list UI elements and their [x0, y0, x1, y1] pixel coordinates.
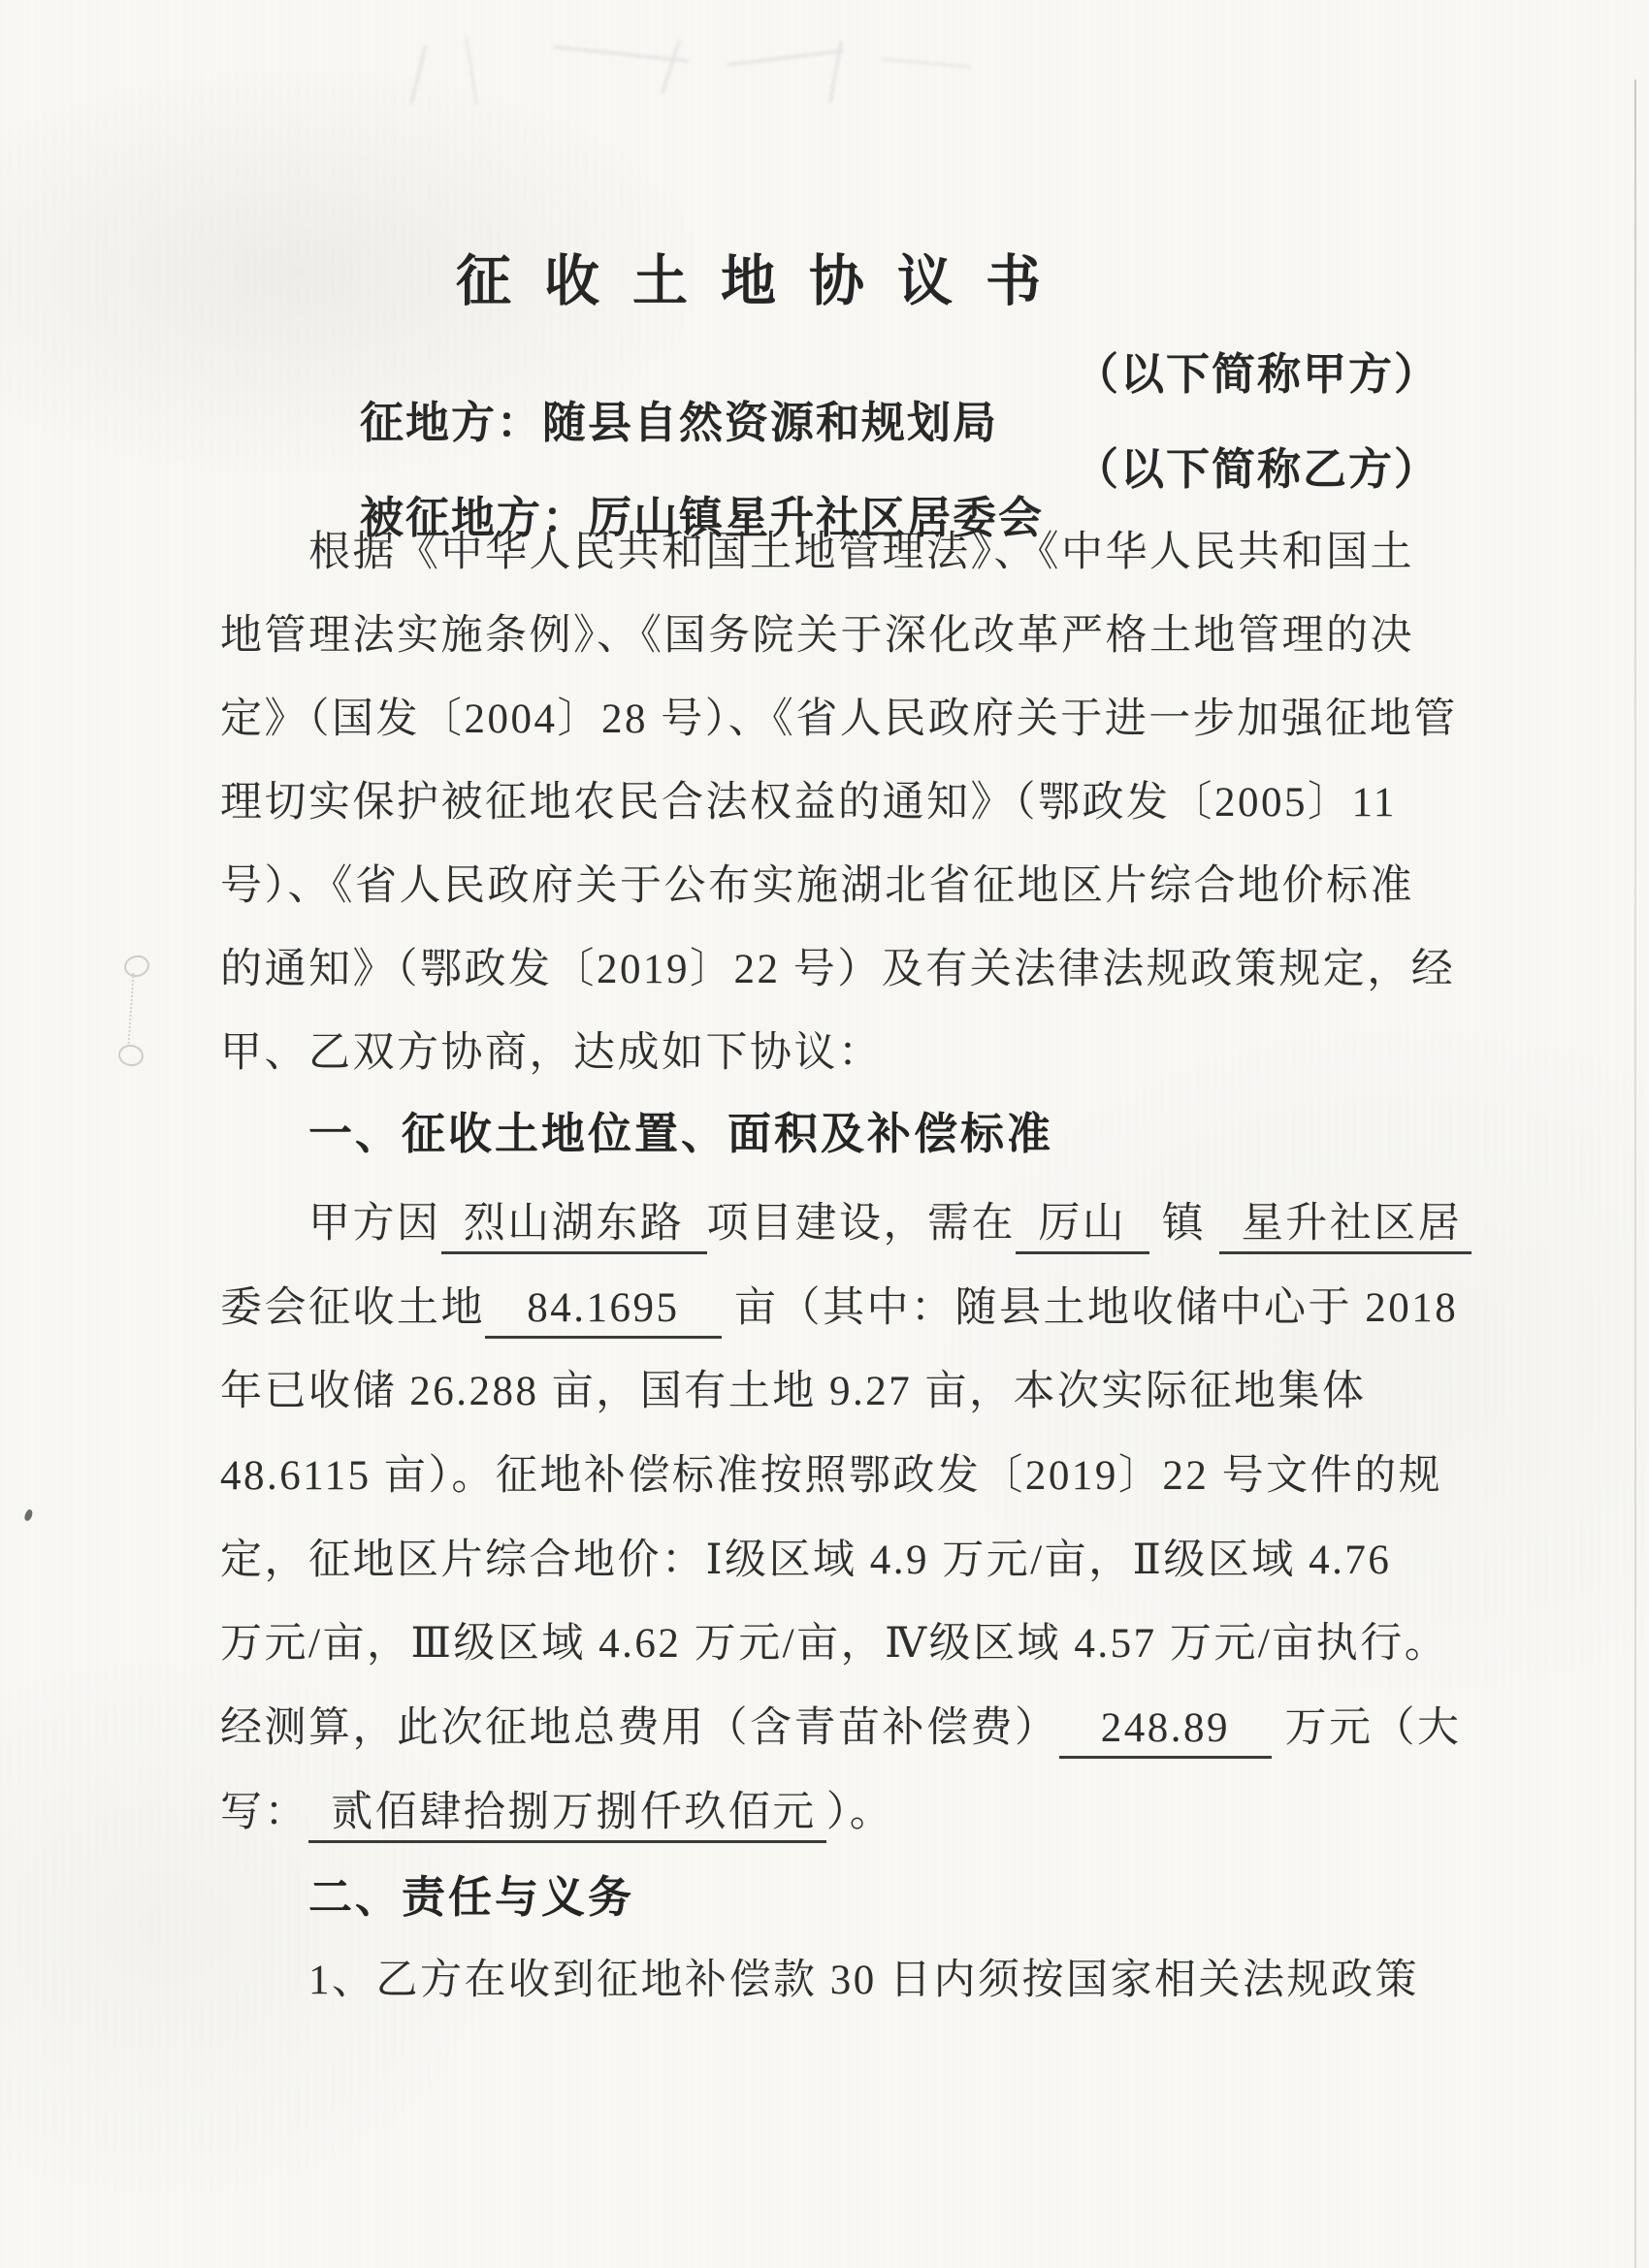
fill-in-community: 星升社区居	[1219, 1201, 1472, 1254]
body-line-cost-capital: 写： 贰佰肆拾捌万捌仟玖佰元）。	[220, 1789, 1520, 1837]
fill-in-total-area: 84.1695	[485, 1285, 722, 1339]
body-line-project: 甲方因 烈山湖东路 项目建设，需在 厉山 镇 星升社区居	[220, 1200, 1608, 1248]
text-segment: 镇	[1149, 1201, 1219, 1247]
text-segment: 万元（大	[1272, 1705, 1461, 1751]
fill-in-cost-capital: 贰佰肆拾捌万捌仟玖佰元	[308, 1790, 826, 1843]
preamble-line: 定》（国发〔2004〕28 号）、《省人民政府关于进一步加强征地管	[220, 696, 1520, 744]
scanned-document-page: { "document": { "title": "征收土地协议书", "par…	[0, 0, 1649, 2268]
preamble-line: 甲、乙双方协商，达成如下协议：	[220, 1029, 1520, 1078]
preamble-line: 号）、《省人民政府关于公布实施湖北省征地区片综合地价标准	[220, 862, 1520, 911]
fill-in-total-cost: 248.89	[1059, 1705, 1273, 1759]
section-2-heading: 二、责任与义务	[220, 1873, 1608, 1922]
text-segment: 项目建设，需在	[707, 1201, 1017, 1247]
section-1-heading: 一、征收土地位置、面积及补偿标准	[220, 1110, 1608, 1158]
document-title: 征收土地协议书	[456, 254, 1074, 309]
body-line: 48.6115 亩）。征地补偿标准按照鄂政发〔2019〕22 号文件的规	[220, 1452, 1520, 1501]
body-line: 1、乙方在收到征地补偿款 30 日内须按国家相关法规政策	[220, 1957, 1608, 2005]
party-a-alias: （以下简称甲方）	[1075, 351, 1439, 400]
fill-in-project-name: 烈山湖东路	[441, 1201, 707, 1254]
fill-in-town: 厉山	[1016, 1201, 1149, 1254]
body-line: 年已收储 26.288 亩，国有土地 9.27 亩，本次实际征地集体	[220, 1368, 1520, 1416]
document-body: 征收土地协议书 征地方：随县自然资源和规划局 （以下简称甲方） 被征地方：厉山镇…	[0, 0, 1649, 2268]
text-segment: 亩（其中：随县土地收储中心于 2018	[722, 1285, 1459, 1331]
body-line-area: 委会征收土地 84.1695 亩（其中：随县土地收储中心于 2018	[220, 1284, 1520, 1333]
text-segment: 甲方因	[308, 1201, 441, 1247]
party-a-label: 征地方：随县自然资源和规划局	[360, 399, 998, 447]
preamble-line: 根据《中华人民共和国土地管理法》、《中华人民共和国土	[220, 529, 1608, 577]
text-segment: ）。	[826, 1790, 894, 1835]
body-line: 万元/亩，Ⅲ级区域 4.62 万元/亩，Ⅳ级区域 4.57 万元/亩执行。	[220, 1620, 1520, 1669]
preamble-line: 地管理法实施条例》、《国务院关于深化改革严格土地管理的决	[220, 612, 1520, 661]
party-b-alias: （以下简称乙方）	[1075, 446, 1439, 495]
preamble-line: 理切实保护被征地农民合法权益的通知》（鄂政发〔2005〕11	[220, 779, 1520, 827]
body-line: 定，征地区片综合地价：Ⅰ级区域 4.9 万元/亩，Ⅱ级区域 4.76	[220, 1537, 1520, 1585]
preamble-line: 的通知》（鄂政发〔2019〕22 号）及有关法律法规政策规定，经	[220, 946, 1520, 994]
text-segment: 经测算，此次征地总费用（含青苗补偿费）	[220, 1705, 1059, 1751]
body-line-cost: 经测算，此次征地总费用（含青苗补偿费） 248.89 万元（大	[220, 1704, 1520, 1753]
scan-edge-line	[1634, 80, 1636, 2268]
text-segment: 委会征收土地	[220, 1285, 485, 1331]
text-segment: 写：	[220, 1790, 308, 1835]
